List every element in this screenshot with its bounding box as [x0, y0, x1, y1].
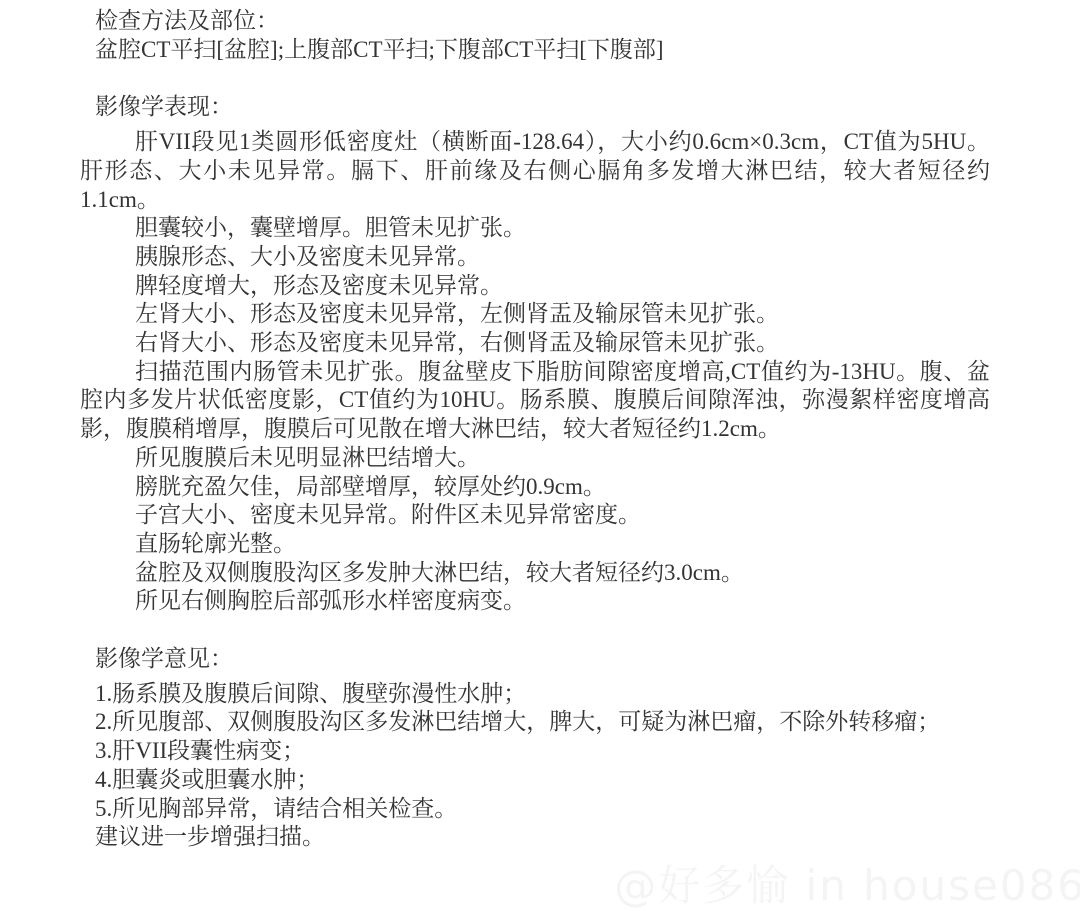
impression-recommendation: 建议进一步增强扫描。	[95, 823, 990, 852]
watermark: @好多愉 in house086	[614, 872, 1080, 901]
finding-paragraph: 右肾大小、形态及密度未见异常，右侧肾盂及输尿管未见扩张。	[80, 329, 990, 358]
findings-heading: 影像学表现：	[95, 93, 990, 122]
finding-paragraph: 所见腹膜后未见明显淋巴结增大。	[80, 444, 990, 473]
impression-item: 3.肝VII段囊性病变；	[95, 737, 990, 766]
exam-method-section: 检查方法及部位： 盆腔CT平扫[盆腔];上腹部CT平扫;下腹部CT平扫[下腹部]	[80, 7, 990, 64]
report-body: 检查方法及部位： 盆腔CT平扫[盆腔];上腹部CT平扫;下腹部CT平扫[下腹部]…	[0, 0, 1080, 852]
finding-paragraph: 盆腔及双侧腹股沟区多发肿大淋巴结，较大者短径约3.0cm。	[80, 559, 990, 588]
finding-paragraph: 所见右侧胸腔后部弧形水样密度病变。	[80, 587, 990, 616]
finding-paragraph: 肝VII段见1类圆形低密度灶（横断面-128.64），大小约0.6cm×0.3c…	[80, 128, 990, 214]
impression-item: 5.所见胸部异常，请结合相关检查。	[95, 795, 990, 824]
exam-method-value: 盆腔CT平扫[盆腔];上腹部CT平扫;下腹部CT平扫[下腹部]	[95, 36, 990, 65]
finding-paragraph: 直肠轮廓光整。	[80, 530, 990, 559]
finding-paragraph: 膀胱充盈欠佳，局部壁增厚，较厚处约0.9cm。	[80, 473, 990, 502]
findings-section: 影像学表现： 肝VII段见1类圆形低密度灶（横断面-128.64），大小约0.6…	[80, 93, 990, 616]
finding-paragraph: 扫描范围内肠管未见扩张。腹盆壁皮下脂肪间隙密度增高,CT值约为-13HU。腹、盆…	[80, 358, 990, 444]
finding-paragraph: 左肾大小、形态及密度未见异常，左侧肾盂及输尿管未见扩张。	[80, 300, 990, 329]
impression-item: 1.肠系膜及腹膜后间隙、腹壁弥漫性水肿；	[95, 680, 990, 709]
finding-paragraph: 胰腺形态、大小及密度未见异常。	[80, 243, 990, 272]
finding-paragraph: 子宫大小、密度未见异常。附件区未见异常密度。	[80, 501, 990, 530]
impression-item: 4.胆囊炎或胆囊水肿；	[95, 766, 990, 795]
finding-paragraph: 脾轻度增大，形态及密度未见异常。	[80, 272, 990, 301]
impression-item: 2.所见腹部、双侧腹股沟区多发淋巴结增大，脾大，可疑为淋巴瘤，不除外转移瘤；	[95, 708, 990, 737]
finding-paragraph: 胆囊较小，囊壁增厚。胆管未见扩张。	[80, 214, 990, 243]
ct-report-document: 检查方法及部位： 盆腔CT平扫[盆腔];上腹部CT平扫;下腹部CT平扫[下腹部]…	[0, 0, 1080, 911]
exam-method-heading: 检查方法及部位：	[95, 7, 990, 36]
impression-section: 影像学意见： 1.肠系膜及腹膜后间隙、腹壁弥漫性水肿； 2.所见腹部、双侧腹股沟…	[80, 645, 990, 852]
impression-heading: 影像学意见：	[95, 645, 990, 674]
